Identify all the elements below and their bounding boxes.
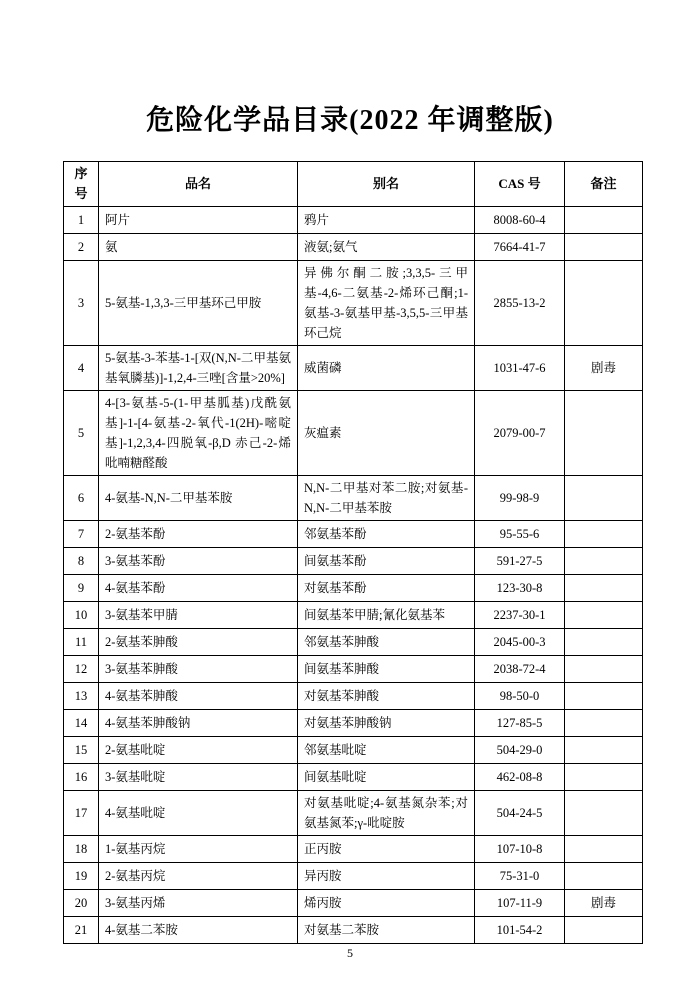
cell-serial-number: 13 (64, 683, 99, 710)
cell-product-name: 氨 (99, 234, 298, 261)
cell-product-name: 3-氨基丙烯 (99, 890, 298, 917)
cell-remarks (565, 476, 643, 521)
cell-cas-number: 504-24-5 (475, 791, 565, 836)
cell-serial-number: 9 (64, 575, 99, 602)
cell-alias: 鸦片 (298, 207, 475, 234)
cell-serial-number: 20 (64, 890, 99, 917)
table-row: 181-氨基丙烷正丙胺107-10-8 (64, 836, 643, 863)
cell-cas-number: 75-31-0 (475, 863, 565, 890)
cell-serial-number: 14 (64, 710, 99, 737)
cell-alias: 对氨基二苯胺 (298, 917, 475, 944)
table-row: 94-氨基苯酚对氨基苯酚123-30-8 (64, 575, 643, 602)
cell-serial-number: 10 (64, 602, 99, 629)
cell-alias: 对氨基吡啶;4-氨基氮杂苯;对氨基氮苯;γ-吡啶胺 (298, 791, 475, 836)
cell-remarks (565, 917, 643, 944)
cell-remarks: 剧毒 (565, 890, 643, 917)
table-row: 203-氨基丙烯烯丙胺107-11-9剧毒 (64, 890, 643, 917)
cell-alias: 液氨;氨气 (298, 234, 475, 261)
table-row: 2氨液氨;氨气7664-41-7 (64, 234, 643, 261)
cell-remarks (565, 234, 643, 261)
cell-product-name: 3-氨基吡啶 (99, 764, 298, 791)
document-page: 危险化学品目录(2022 年调整版) 序号 品名 别名 CAS 号 备注 1阿片… (0, 0, 700, 989)
cell-remarks (565, 575, 643, 602)
header-product-name: 品名 (99, 162, 298, 207)
header-alias: 别名 (298, 162, 475, 207)
cell-remarks (565, 764, 643, 791)
table-row: 192-氨基丙烷异丙胺75-31-0 (64, 863, 643, 890)
cell-product-name: 4-氨基苯酚 (99, 575, 298, 602)
cell-cas-number: 1031-47-6 (475, 346, 565, 391)
cell-alias: N,N-二甲基对苯二胺;对氨基-N,N-二甲基苯胺 (298, 476, 475, 521)
chemical-table-body: 1阿片鸦片8008-60-42氨液氨;氨气7664-41-735-氨基-1,3,… (64, 207, 643, 944)
cell-product-name: 4-氨基苯胂酸钠 (99, 710, 298, 737)
cell-alias: 对氨基苯酚 (298, 575, 475, 602)
cell-serial-number: 18 (64, 836, 99, 863)
table-row: 103-氨基苯甲腈间氨基苯甲腈;氰化氨基苯2237-30-1 (64, 602, 643, 629)
cell-remarks: 剧毒 (565, 346, 643, 391)
cell-remarks (565, 602, 643, 629)
cell-serial-number: 19 (64, 863, 99, 890)
table-row: 144-氨基苯胂酸钠对氨基苯胂酸钠127-85-5 (64, 710, 643, 737)
table-row: 1阿片鸦片8008-60-4 (64, 207, 643, 234)
table-row: 112-氨基苯胂酸邻氨基苯胂酸2045-00-3 (64, 629, 643, 656)
cell-product-name: 5-氨基-3-苯基-1-[双(N,N-二甲基氨基氧膦基)]-1,2,4-三唑[含… (99, 346, 298, 391)
cell-alias: 正丙胺 (298, 836, 475, 863)
header-serial-number: 序号 (64, 162, 99, 207)
cell-serial-number: 21 (64, 917, 99, 944)
cell-remarks (565, 863, 643, 890)
cell-cas-number: 7664-41-7 (475, 234, 565, 261)
page-title: 危险化学品目录(2022 年调整版) (0, 104, 700, 138)
cell-remarks (565, 629, 643, 656)
cell-remarks (565, 791, 643, 836)
header-cas-number: CAS 号 (475, 162, 565, 207)
cell-remarks (565, 710, 643, 737)
table-row: 163-氨基吡啶间氨基吡啶462-08-8 (64, 764, 643, 791)
chemical-catalog-table: 序号 品名 别名 CAS 号 备注 1阿片鸦片8008-60-42氨液氨;氨气7… (63, 161, 643, 944)
cell-alias: 烯丙胺 (298, 890, 475, 917)
cell-product-name: 4-[3-氨基-5-(1-甲基胍基)戊酰氨基]-1-[4-氨基-2-氧代-1(2… (99, 391, 298, 476)
cell-cas-number: 98-50-0 (475, 683, 565, 710)
cell-remarks (565, 521, 643, 548)
cell-alias: 对氨基苯胂酸 (298, 683, 475, 710)
table-row: 174-氨基吡啶对氨基吡啶;4-氨基氮杂苯;对氨基氮苯;γ-吡啶胺504-24-… (64, 791, 643, 836)
cell-serial-number: 17 (64, 791, 99, 836)
cell-serial-number: 6 (64, 476, 99, 521)
table-row: 134-氨基苯胂酸对氨基苯胂酸98-50-0 (64, 683, 643, 710)
cell-alias: 威菌磷 (298, 346, 475, 391)
cell-cas-number: 99-98-9 (475, 476, 565, 521)
cell-product-name: 阿片 (99, 207, 298, 234)
cell-alias: 异佛尔酮二胺;3,3,5-三甲基-4,6-二氨基-2-烯环己酮;1-氨基-3-氨… (298, 261, 475, 346)
cell-alias: 邻氨基苯胂酸 (298, 629, 475, 656)
cell-remarks (565, 391, 643, 476)
cell-product-name: 5-氨基-1,3,3-三甲基环己甲胺 (99, 261, 298, 346)
cell-serial-number: 11 (64, 629, 99, 656)
cell-remarks (565, 207, 643, 234)
cell-cas-number: 2237-30-1 (475, 602, 565, 629)
cell-cas-number: 2038-72-4 (475, 656, 565, 683)
cell-product-name: 4-氨基二苯胺 (99, 917, 298, 944)
cell-cas-number: 2079-00-7 (475, 391, 565, 476)
cell-cas-number: 95-55-6 (475, 521, 565, 548)
page-number: 5 (0, 946, 700, 961)
cell-cas-number: 107-11-9 (475, 890, 565, 917)
table-row: 72-氨基苯酚邻氨基苯酚95-55-6 (64, 521, 643, 548)
cell-product-name: 2-氨基吡啶 (99, 737, 298, 764)
cell-product-name: 1-氨基丙烷 (99, 836, 298, 863)
cell-cas-number: 8008-60-4 (475, 207, 565, 234)
cell-remarks (565, 683, 643, 710)
table-row: 45-氨基-3-苯基-1-[双(N,N-二甲基氨基氧膦基)]-1,2,4-三唑[… (64, 346, 643, 391)
table-row: 54-[3-氨基-5-(1-甲基胍基)戊酰氨基]-1-[4-氨基-2-氧代-1(… (64, 391, 643, 476)
cell-product-name: 2-氨基苯酚 (99, 521, 298, 548)
cell-cas-number: 101-54-2 (475, 917, 565, 944)
cell-remarks (565, 737, 643, 764)
cell-product-name: 4-氨基苯胂酸 (99, 683, 298, 710)
cell-serial-number: 16 (64, 764, 99, 791)
cell-remarks (565, 836, 643, 863)
cell-product-name: 2-氨基苯胂酸 (99, 629, 298, 656)
cell-cas-number: 2855-13-2 (475, 261, 565, 346)
table-header-row: 序号 品名 别名 CAS 号 备注 (64, 162, 643, 207)
cell-cas-number: 107-10-8 (475, 836, 565, 863)
cell-product-name: 4-氨基吡啶 (99, 791, 298, 836)
cell-alias: 对氨基苯胂酸钠 (298, 710, 475, 737)
table-row: 214-氨基二苯胺对氨基二苯胺101-54-2 (64, 917, 643, 944)
cell-product-name: 3-氨基苯甲腈 (99, 602, 298, 629)
cell-serial-number: 5 (64, 391, 99, 476)
cell-serial-number: 1 (64, 207, 99, 234)
table-row: 123-氨基苯胂酸间氨基苯胂酸2038-72-4 (64, 656, 643, 683)
table-row: 152-氨基吡啶邻氨基吡啶504-29-0 (64, 737, 643, 764)
cell-product-name: 2-氨基丙烷 (99, 863, 298, 890)
cell-product-name: 4-氨基-N,N-二甲基苯胺 (99, 476, 298, 521)
cell-remarks (565, 261, 643, 346)
cell-alias: 间氨基吡啶 (298, 764, 475, 791)
cell-alias: 邻氨基吡啶 (298, 737, 475, 764)
cell-serial-number: 8 (64, 548, 99, 575)
table-row: 64-氨基-N,N-二甲基苯胺N,N-二甲基对苯二胺;对氨基-N,N-二甲基苯胺… (64, 476, 643, 521)
cell-alias: 间氨基苯酚 (298, 548, 475, 575)
cell-cas-number: 2045-00-3 (475, 629, 565, 656)
cell-product-name: 3-氨基苯酚 (99, 548, 298, 575)
cell-alias: 邻氨基苯酚 (298, 521, 475, 548)
cell-cas-number: 127-85-5 (475, 710, 565, 737)
cell-cas-number: 123-30-8 (475, 575, 565, 602)
table-row: 83-氨基苯酚间氨基苯酚591-27-5 (64, 548, 643, 575)
cell-serial-number: 4 (64, 346, 99, 391)
cell-serial-number: 7 (64, 521, 99, 548)
cell-remarks (565, 656, 643, 683)
cell-serial-number: 3 (64, 261, 99, 346)
header-remarks: 备注 (565, 162, 643, 207)
cell-remarks (565, 548, 643, 575)
cell-cas-number: 462-08-8 (475, 764, 565, 791)
cell-serial-number: 2 (64, 234, 99, 261)
cell-alias: 间氨基苯胂酸 (298, 656, 475, 683)
cell-cas-number: 504-29-0 (475, 737, 565, 764)
cell-serial-number: 12 (64, 656, 99, 683)
cell-alias: 灰瘟素 (298, 391, 475, 476)
cell-cas-number: 591-27-5 (475, 548, 565, 575)
cell-product-name: 3-氨基苯胂酸 (99, 656, 298, 683)
cell-alias: 异丙胺 (298, 863, 475, 890)
cell-serial-number: 15 (64, 737, 99, 764)
table-row: 35-氨基-1,3,3-三甲基环己甲胺异佛尔酮二胺;3,3,5-三甲基-4,6-… (64, 261, 643, 346)
cell-alias: 间氨基苯甲腈;氰化氨基苯 (298, 602, 475, 629)
